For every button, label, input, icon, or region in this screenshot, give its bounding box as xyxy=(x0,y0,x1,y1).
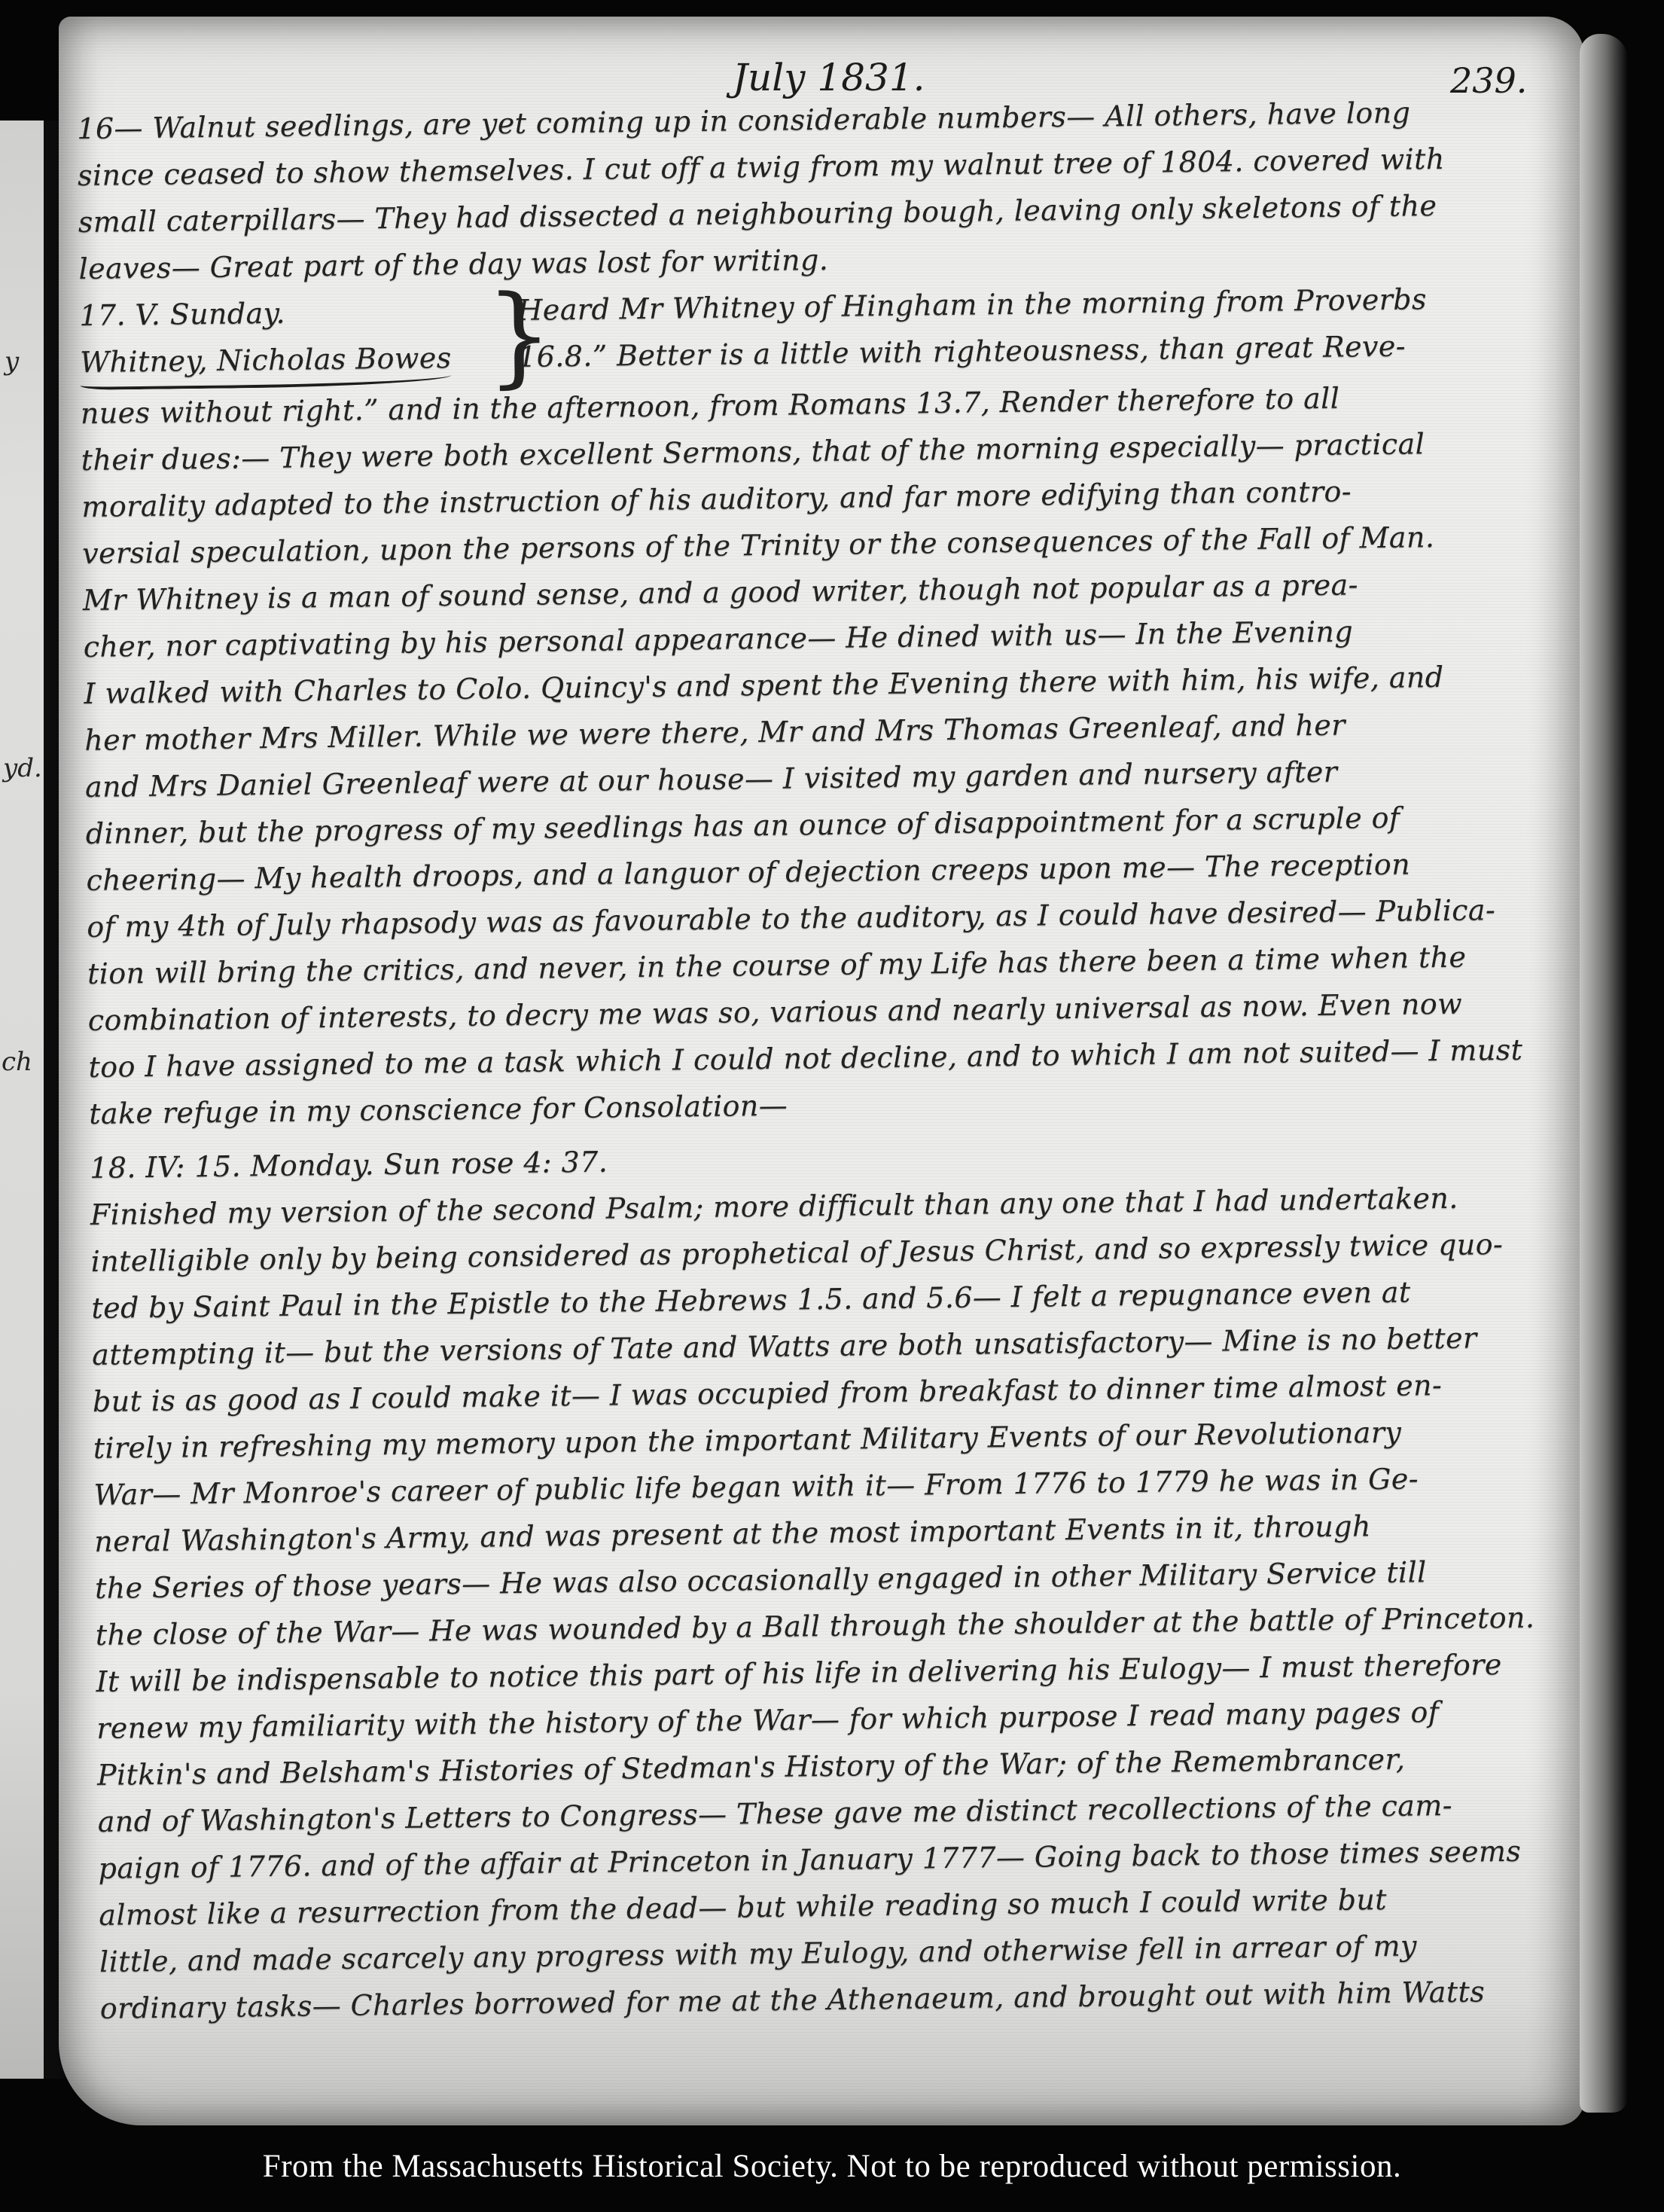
page-header-date: July 1831. xyxy=(733,56,925,99)
facing-page-fragment: y xyxy=(5,346,19,377)
caption-bar: From the Massachusetts Historical Societ… xyxy=(0,2120,1664,2212)
caption-text: From the Massachusetts Historical Societ… xyxy=(263,2148,1401,2185)
facing-page-fragment: ch xyxy=(2,1047,32,1077)
book-page-edges xyxy=(1580,34,1628,2113)
margin-name-label: Whitney, Nicholas Bowes xyxy=(80,334,452,390)
manuscript-page: July 1831. 239. 16— Walnut seedlings, ar… xyxy=(59,17,1584,2125)
facing-page-fragment: yd. xyxy=(3,753,42,783)
brace-mark: } xyxy=(486,285,519,388)
margin-date-label: 17. V. Sunday. xyxy=(79,287,486,339)
entry-header-july-17: 17. V. Sunday. Whitney, Nicholas Bowes }… xyxy=(79,274,1567,390)
facing-page-edge: y yd. ch xyxy=(0,121,44,2079)
scan-background: y yd. ch July 1831. 239. 16— Walnut seed… xyxy=(0,0,1664,2212)
entry-intro-lines: Heard Mr Whitney of Hingham in the morni… xyxy=(517,274,1567,380)
manuscript-text: 16— Walnut seedlings, are yet coming up … xyxy=(77,87,1584,2032)
margin-annotations: 17. V. Sunday. Whitney, Nicholas Bowes xyxy=(79,287,486,386)
